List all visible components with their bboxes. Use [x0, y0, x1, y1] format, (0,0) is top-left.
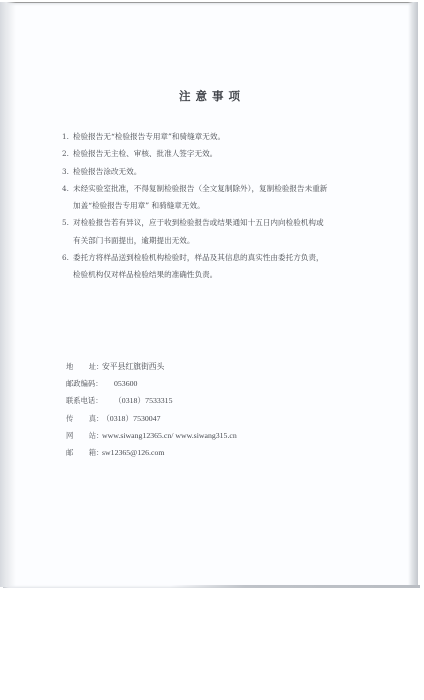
website-label: 网 站 ： — [66, 427, 102, 444]
note-number: 4. — [62, 180, 72, 197]
note-text-continued: 检验机构仅对样品检验结果的准确性负责。 — [73, 266, 392, 283]
note-item-5: 5. 对检验报告若有异议，应于收到检验报告或结果通知十五日内向检验机构或 有关部… — [62, 214, 392, 249]
fax-value: （0318）7530047 — [102, 410, 160, 427]
note-number: 6. — [62, 249, 72, 266]
phone-value: （0318）7533315 — [114, 392, 172, 409]
note-number: 1. — [62, 128, 72, 145]
website-value: www.siwang12365.cn/ www.siwang315.cn — [102, 427, 237, 444]
postcode-value: 053600 — [114, 375, 137, 392]
note-item-2: 2. 检验报告无主检、审核、批准人签字无效。 — [62, 145, 392, 162]
email-label: 邮 箱 ： — [66, 444, 102, 461]
note-text-continued: 加盖“检验报告专用章” 和骑缝章无效。 — [73, 197, 392, 214]
email-value: sw12365@126.com — [102, 444, 164, 461]
note-item-1: 1. 检验报告无“检验报告专用章”和骑缝章无效。 — [62, 128, 392, 145]
address-value: 安平县红旗街西头 — [102, 358, 164, 375]
note-text-continued: 有关部门书面提出，逾期提出无效。 — [73, 232, 392, 249]
contact-phone: 联系电话 ： （0318）7533315 — [66, 392, 386, 409]
note-text: 对检验报告若有异议，应于收到检验报告或结果通知十五日内向检验机构或 — [73, 214, 392, 231]
postcode-label: 邮政编码 ： — [66, 375, 114, 392]
contact-info: 地 址 ： 安平县红旗街西头 邮政编码 ： 053600 联系电话 ： （031… — [66, 358, 386, 461]
contact-address: 地 址 ： 安平县红旗街西头 — [66, 358, 386, 375]
contact-email: 邮 箱 ： sw12365@126.com — [66, 444, 386, 461]
address-label: 地 址 ： — [66, 358, 102, 375]
page-bottom-shadow — [170, 585, 420, 588]
note-item-6: 6. 委托方将样品送到检验机构检验时，样品及其信息的真实性由委托方负责， 检验机… — [62, 249, 392, 284]
notes-list: 1. 检验报告无“检验报告专用章”和骑缝章无效。 2. 检验报告无主检、审核、批… — [62, 128, 392, 284]
note-number: 5. — [62, 214, 72, 231]
note-text: 检验报告无主检、审核、批准人签字无效。 — [73, 145, 392, 162]
note-item-4: 4. 未经实验室批准，不得复制检验报告（全文复制除外），复制检验报告未重新 加盖… — [62, 180, 392, 215]
note-text: 检验报告无“检验报告专用章”和骑缝章无效。 — [73, 128, 392, 145]
contact-postcode: 邮政编码 ： 053600 — [66, 375, 386, 392]
note-number: 3. — [62, 163, 72, 180]
contact-fax: 传 真 ： （0318）7530047 — [66, 410, 386, 427]
fax-label: 传 真 ： — [66, 410, 102, 427]
note-text: 未经实验室批准，不得复制检验报告（全文复制除外），复制检验报告未重新 — [73, 180, 392, 197]
note-number: 2. — [62, 145, 72, 162]
note-text: 委托方将样品送到检验机构检验时，样品及其信息的真实性由委托方负责， — [73, 249, 392, 266]
note-text: 检验报告涂改无效。 — [73, 163, 392, 180]
page-title: 注意事项 — [0, 88, 424, 104]
phone-label: 联系电话 ： — [66, 392, 114, 409]
contact-website: 网 站 ： www.siwang12365.cn/ www.siwang315.… — [66, 427, 386, 444]
note-item-3: 3. 检验报告涂改无效。 — [62, 163, 392, 180]
